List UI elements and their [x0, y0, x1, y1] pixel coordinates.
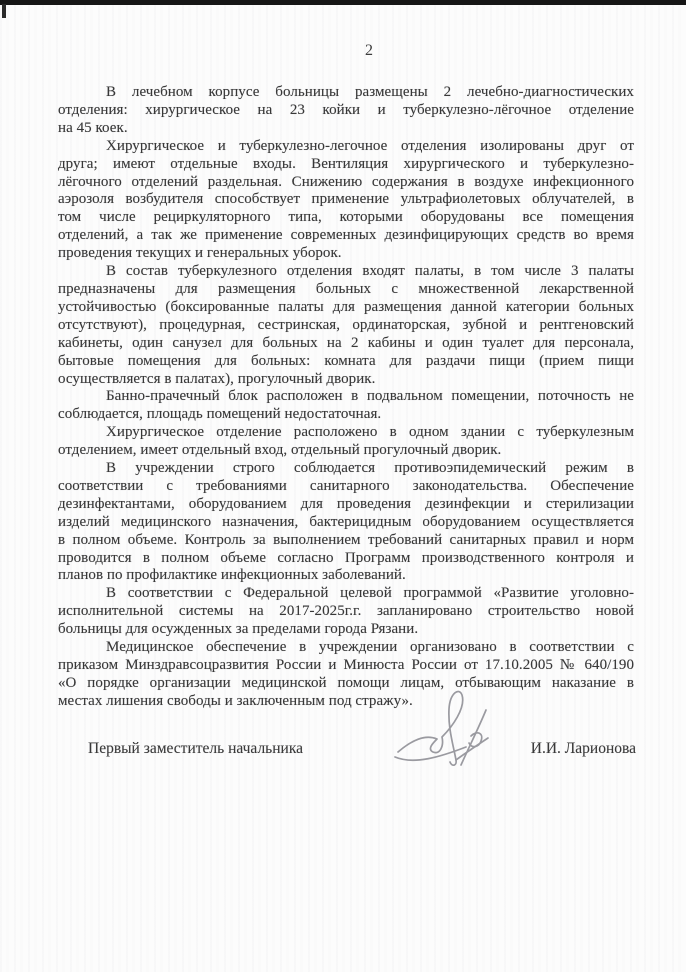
text-line: друга; имеют отдельные входы. Вентиляция… [58, 156, 634, 174]
scanned-document-page: 2 В лечебном корпусе больницы размещены … [0, 0, 686, 972]
text-line: кабинеты, один санузел для больных на 2 … [58, 335, 634, 353]
text-line: В соответствии с Федеральной целевой про… [58, 585, 634, 603]
paragraph: В лечебном корпусе больницы размещены 2 … [58, 84, 634, 138]
text-line: В состав туберкулезного отделения входят… [58, 263, 634, 281]
signature-row: Первый заместитель начальника И.И. Ларио… [58, 740, 636, 758]
text-line: Хирургическое и туберкулезно-легочное от… [58, 138, 634, 156]
text-line: аэрозоля возбудителя способствует примен… [58, 191, 634, 209]
handwritten-signature-icon [392, 686, 510, 774]
text-line: отсутствуют), процедурная, сестринская, … [58, 317, 634, 335]
text-line: исполнительной системы на 2017-2025г.г. … [58, 603, 634, 621]
text-line: на 45 коек. [58, 120, 634, 138]
text-line: изделий медицинского назначения, бактери… [58, 514, 634, 532]
text-line: Медицинское обеспечение в учреждении орг… [58, 639, 634, 657]
text-line: местах лишения свободы и заключенным под… [58, 693, 634, 711]
text-line: В учреждении строго соблюдается противоэ… [58, 460, 634, 478]
document-body: В лечебном корпусе больницы размещены 2 … [58, 84, 634, 711]
text-line: В лечебном корпусе больницы размещены 2 … [58, 84, 634, 102]
text-line: отделением, имеет отдельный вход, отдель… [58, 442, 634, 460]
text-line: в полном объеме. Контроль за выполнением… [58, 532, 634, 550]
text-line: приказом Минздравсоцразвития России и Ми… [58, 657, 634, 675]
scan-edge-bar [0, 0, 686, 5]
paragraph: Банно-прачечный блок расположен в подвал… [58, 388, 634, 424]
signer-title: Первый заместитель начальника [88, 740, 303, 758]
text-line: Банно-прачечный блок расположен в подвал… [58, 388, 634, 406]
paragraph: В учреждении строго соблюдается противоэ… [58, 460, 634, 585]
text-line: том числе рециркуляторного типа, которым… [58, 209, 634, 227]
text-line: больницы для осужденных за пределами гор… [58, 621, 634, 639]
text-line: осуществляется в палатах), прогулочный д… [58, 371, 634, 389]
text-line: устойчивостью (боксированные палаты для … [58, 299, 634, 317]
paragraph: В состав туберкулезного отделения входят… [58, 263, 634, 388]
text-line: проведения текущих и генеральных уборок. [58, 245, 634, 263]
paragraph: Хирургическое отделение расположено в од… [58, 424, 634, 460]
page-number: 2 [356, 42, 382, 60]
text-line: отделений, а так же применение современн… [58, 227, 634, 245]
paragraph: Хирургическое и туберкулезно-легочное от… [58, 138, 634, 263]
paragraph: В соответствии с Федеральной целевой про… [58, 585, 634, 639]
text-line: лёгочного отделений раздельная. Снижению… [58, 174, 634, 192]
text-line: Хирургическое отделение расположено в од… [58, 424, 634, 442]
text-line: соблюдается, площадь помещений недостато… [58, 406, 634, 424]
paragraph: Медицинское обеспечение в учреждении орг… [58, 639, 634, 711]
text-line: планов по профилактике инфекционных забо… [58, 567, 634, 585]
text-line: проводится в полном объеме согласно Прог… [58, 550, 634, 568]
text-line: предназначены для размещения больных с м… [58, 281, 634, 299]
signer-name: И.И. Ларионова [531, 740, 636, 758]
text-line: бытовые помещения для больных: комната д… [58, 353, 634, 371]
scan-edge-artifact [2, 4, 6, 18]
text-line: «О порядке организации медицинской помощ… [58, 675, 634, 693]
text-line: соответствии с требованиями санитарного … [58, 478, 634, 496]
text-line: отделения: хирургическое на 23 койки и т… [58, 102, 634, 120]
text-line: дезинфектантами, оборудованием для прове… [58, 496, 634, 514]
